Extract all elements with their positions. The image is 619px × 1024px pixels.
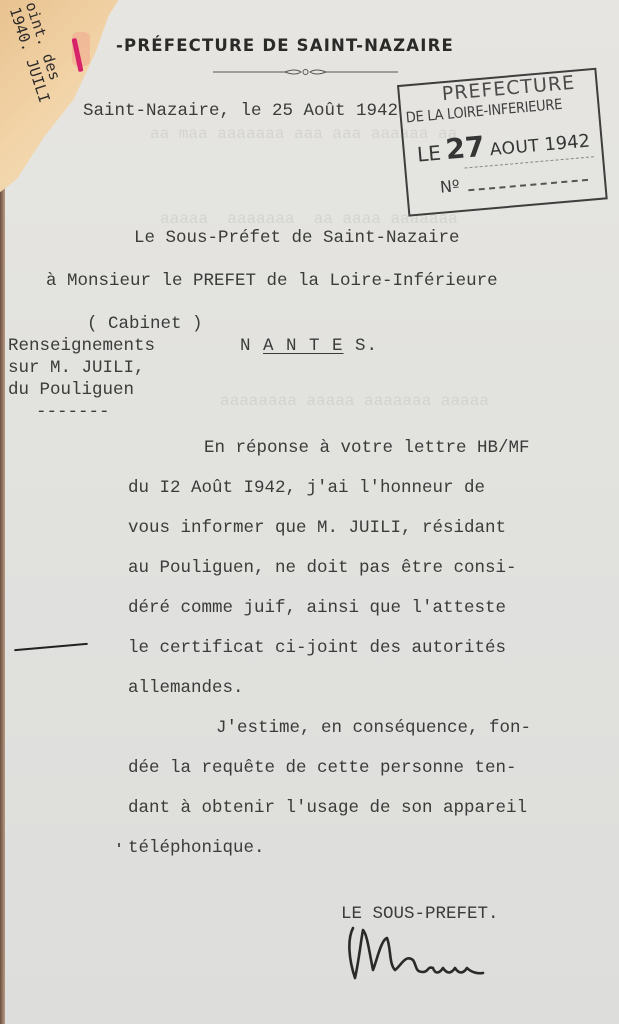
subject-line-2: sur M. JUILI,	[8, 358, 145, 378]
body-line: dant à obtenir l'usage de son appareil	[128, 798, 527, 818]
body-line: le certificat ci-joint des autorités	[128, 638, 506, 658]
date-line: Saint-Nazaire, le 25 Août 1942	[83, 101, 398, 121]
handwritten-signature	[343, 920, 513, 990]
recipient-line: à Monsieur le PREFET de la Loire-Inférie…	[46, 271, 498, 291]
body-line: téléphonique.	[128, 838, 265, 858]
body-line: dée la requête de cette personne ten-	[128, 758, 517, 778]
stamp-number-label: Nº	[439, 176, 460, 197]
subject-separator: -------	[36, 402, 110, 422]
body-line: déré comme juif, ainsi que l'atteste	[128, 598, 506, 618]
bleed-through-text: aaaaaaaa aaaaa aaaaaaa aaaaa	[220, 392, 489, 410]
body-line: En réponse à votre lettre HB/MF	[204, 438, 530, 458]
pen-tick	[118, 843, 120, 847]
letterhead-title: -PRÉFECTURE DE SAINT-NAZAIRE	[116, 36, 454, 55]
sender-line: Le Sous-Préfet de Saint-Nazaire	[134, 228, 460, 248]
subject-line-3: du Pouliguen	[8, 380, 134, 400]
recipient-department: ( Cabinet )	[87, 314, 203, 334]
body-line: allemandes.	[128, 678, 244, 698]
body-line: vous informer que M. JUILI, résidant	[128, 518, 506, 538]
body-line: du I2 Août I942, j'ai l'honneur de	[128, 478, 485, 498]
document-page: aa maa aaaaaaa aaa aaa aaaaaa aa aaaaa a…	[0, 0, 619, 1024]
body-line: J'estime, en conséquence, fon-	[216, 718, 531, 738]
body-line: au Pouliguen, ne doit pas être consi-	[128, 558, 517, 578]
subject-line-1: Renseignements	[8, 336, 155, 356]
reception-stamp: PREFECTURE DE LA LOIRE-INFERIEURE LE 27 …	[396, 59, 611, 216]
recipient-city: N A N T E S.	[240, 336, 378, 356]
letterhead-ornament	[213, 67, 398, 77]
margin-pen-mark	[14, 643, 88, 651]
